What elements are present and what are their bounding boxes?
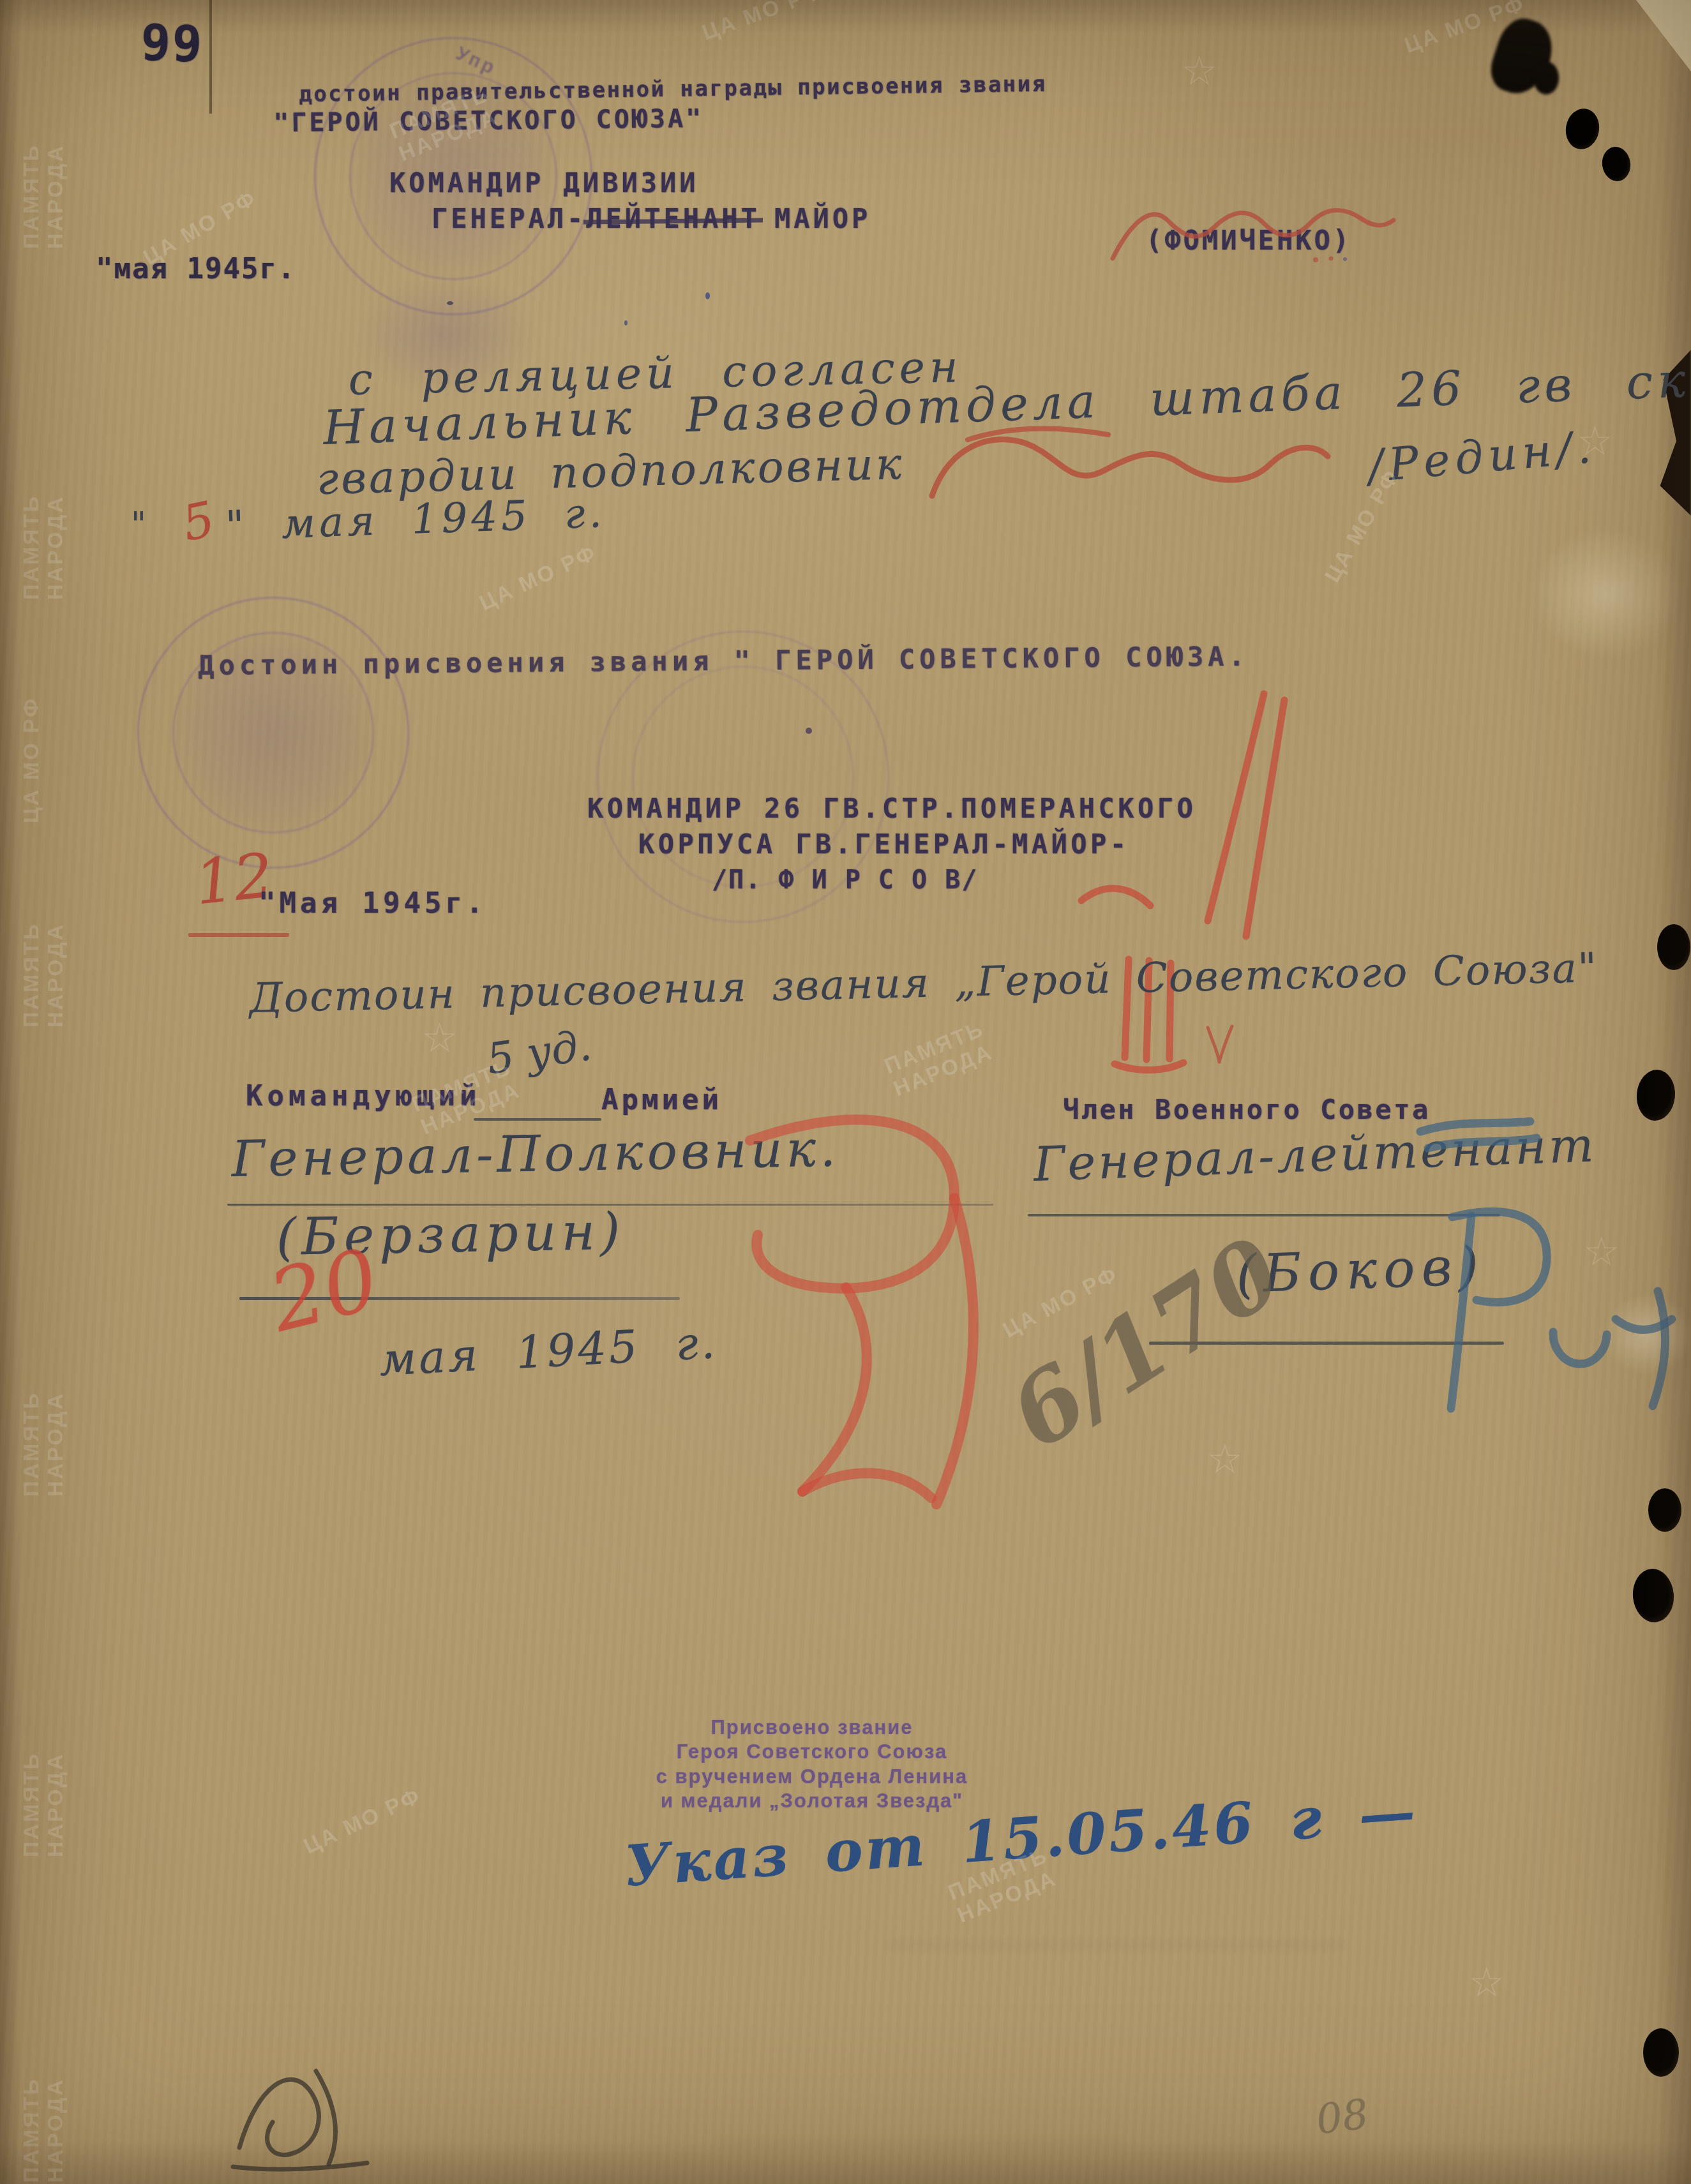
division-commander-line: КОМАНДИР ДИВИЗИИ <box>389 167 699 198</box>
star-icon: ☆ <box>1181 48 1217 95</box>
corps-date-line: "Мая 1945г. <box>259 887 486 920</box>
award-stamp-line2: Героя Советского Союза <box>626 1740 998 1764</box>
award-stamp-line1: Присвоено звание <box>626 1716 998 1740</box>
faint-ghost-line <box>887 1940 1347 1950</box>
header-date-line: "мая 1945г. <box>96 253 296 285</box>
rank-struck-word: ЛЕЙТЕНАНТ <box>586 203 760 234</box>
archive-watermark: ПАМЯТЬНАРОДА <box>19 1752 68 1857</box>
agreement-date-day: 5 <box>177 490 220 552</box>
bokov-signature-autograph <box>1382 1114 1691 1446</box>
fold-line <box>209 0 212 114</box>
punch-hole <box>1643 2028 1679 2077</box>
firsov-red-signature-marks <box>1053 686 1309 1082</box>
punch-hole <box>1630 1567 1676 1624</box>
commanding-officer-label: Командующий <box>246 1080 481 1112</box>
faint-ghost-line <box>715 2139 1124 2148</box>
archive-watermark: ПАМЯТЬНАРОДА <box>19 2077 68 2183</box>
ink-speck <box>806 728 812 734</box>
berzarin-signature-autograph <box>654 1082 1050 1516</box>
archive-watermark: ЦА МО РФ <box>699 0 826 45</box>
archive-watermark: ЦА МО РФ <box>19 697 43 823</box>
rank-suffix: МАЙОР <box>774 203 871 234</box>
star-icon: ☆ <box>421 1015 458 1062</box>
agreement-date-quote: " <box>131 505 146 544</box>
document-scan: Упр 99 достоин правительственной награды… <box>0 0 1691 2184</box>
agreement-red-signature <box>913 418 1334 527</box>
ink-blot-top-right-2 <box>1533 61 1559 94</box>
punch-hole <box>1600 145 1632 183</box>
star-icon: ☆ <box>1206 1436 1243 1483</box>
ink-speck <box>624 320 628 325</box>
agreement-date-rest: " мая 1945 г. <box>225 490 606 550</box>
commander-rank-line: ГЕНЕРАЛ-ЛЕЙТЕНАНТМАЙОР <box>432 203 871 234</box>
torn-corner-backing <box>1636 0 1691 75</box>
award-stamp-line3: с вручением Ордена Ленина <box>626 1765 998 1789</box>
archive-watermark: ЦА МО РФ <box>476 540 601 615</box>
ink-speck <box>705 292 710 299</box>
army-number-handwritten: 5 уд. <box>484 1021 594 1084</box>
army-number-underline <box>474 1118 601 1121</box>
corps-commander-name-firsov: /П. Ф И Р С О В/ <box>712 865 978 895</box>
star-icon: ☆ <box>1468 1959 1505 2007</box>
rank-prefix: ГЕНЕРАЛ- <box>432 203 586 234</box>
military-council-member-label: Член Военного Совета <box>1063 1094 1431 1125</box>
abrasion-patch <box>1531 528 1681 660</box>
archive-watermark: ПАМЯТЬНАРОДА <box>19 922 68 1028</box>
agreement-signer-name: /Редин/. <box>1366 421 1598 493</box>
award-stamp-block: Присвоено звание Героя Советского Союза … <box>626 1716 998 1814</box>
handwritten-conclusion-line: Достоин присвоения звания „Герой Советск… <box>249 945 1598 1022</box>
punch-hole <box>1657 924 1690 970</box>
corps-date-underline <box>188 933 289 937</box>
archive-watermark: ЦА МО РФ <box>300 1783 425 1859</box>
round-stamp-left <box>137 597 409 869</box>
archive-watermark: ПАМЯТЬНАРОДА <box>19 144 68 249</box>
fomichenko-signature-autograph <box>1108 182 1401 278</box>
ink-speck <box>447 301 453 305</box>
bottom-left-pencil-scribble <box>220 2046 373 2173</box>
typed-hero-title-line: "ГЕРОЙ СОВЕТСКОГО СОЮЗА" <box>273 104 703 138</box>
red-check-mark <box>1200 1022 1238 1067</box>
punch-hole <box>1648 1488 1681 1532</box>
punch-hole <box>1563 106 1602 152</box>
bottom-right-pencil-mark: 08 <box>1314 2091 1371 2144</box>
page-number: 99 <box>140 14 204 73</box>
archive-watermark: ПАМЯТЬНАРОДА <box>19 495 68 600</box>
archive-watermark: ПАМЯТЬНАРОДА <box>19 1391 68 1497</box>
